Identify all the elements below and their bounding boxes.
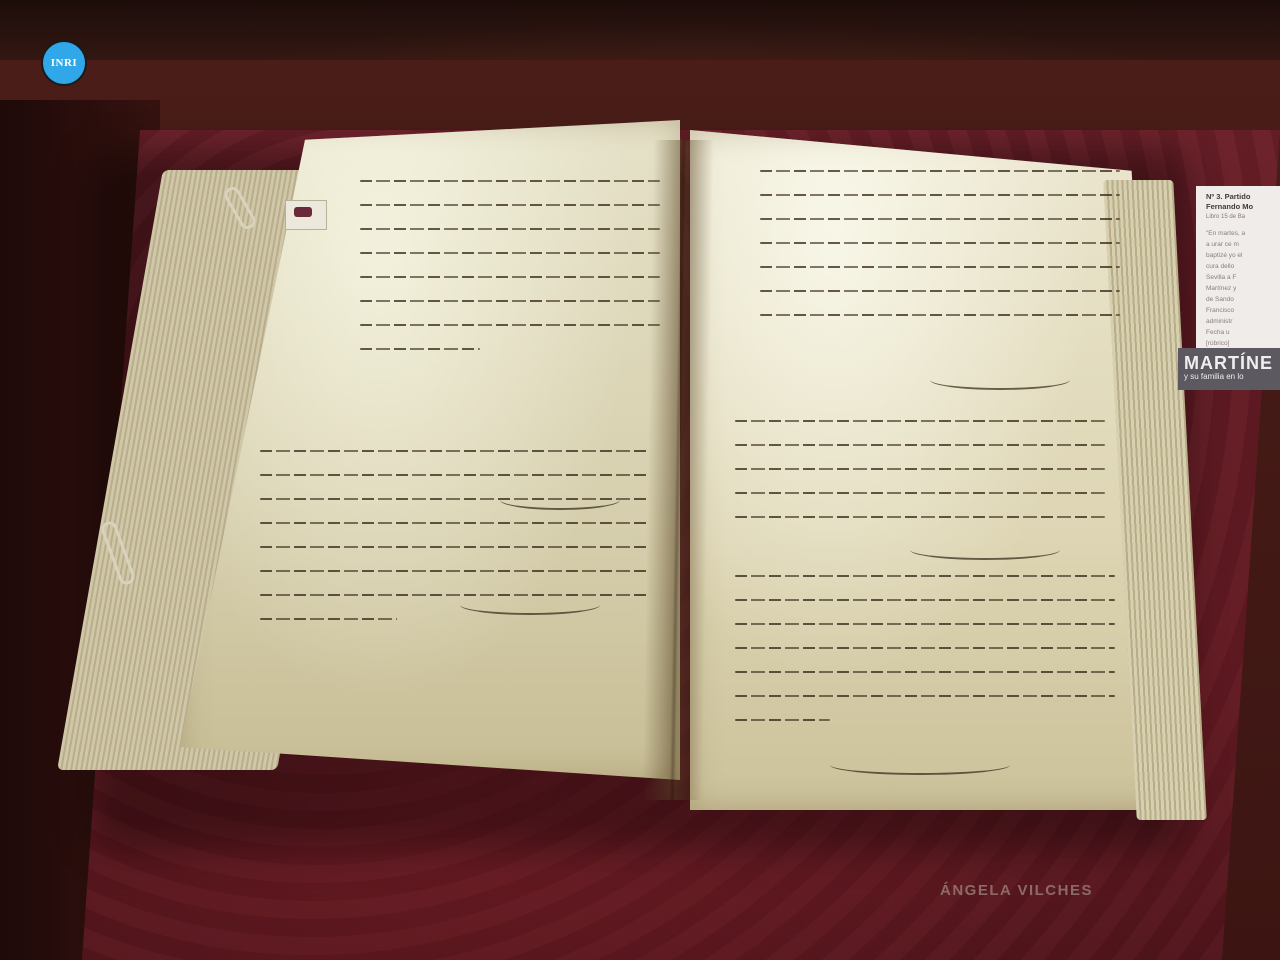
logo-text: INRI — [51, 57, 77, 69]
handwriting-block-right-2 — [735, 420, 1105, 540]
label-body-line: Fecha u — [1206, 327, 1280, 338]
label-body-line: a urar ce m — [1206, 239, 1280, 250]
handwriting-block-left-2 — [260, 450, 650, 642]
label-body-line: "En martes, a — [1206, 228, 1280, 239]
label-body-line: Martínez y — [1206, 283, 1280, 294]
label-title-line2: Fernando Mo — [1206, 202, 1280, 212]
pointing-hand-icon — [294, 207, 312, 217]
label-body-line: administr — [1206, 316, 1280, 327]
label-body-line: Sevilla a F — [1206, 272, 1280, 283]
label-body-line: Francisco — [1206, 305, 1280, 316]
exhibit-label-card: Nº 3. Partido Fernando Mo Libro 15 de Ba… — [1196, 186, 1280, 348]
photo-scene: Nº 3. Partido Fernando Mo Libro 15 de Ba… — [0, 0, 1280, 960]
photo-credit: ÁNGELA VILCHES — [940, 882, 1093, 899]
signature-left-2 — [460, 595, 600, 615]
label-body-line: baptizé yo el — [1206, 250, 1280, 261]
banner-subtitle: y su familia en lo — [1184, 372, 1280, 382]
signature-right-3 — [830, 755, 1010, 775]
handwriting-block-left-1 — [360, 180, 660, 372]
label-subtitle: Libro 15 de Ba — [1206, 212, 1280, 222]
inri-logo-icon: INRI — [41, 40, 87, 86]
banner-title: MARTÍNE — [1184, 354, 1280, 372]
handwriting-block-right-3 — [735, 575, 1115, 743]
label-body-line: de Sando — [1206, 294, 1280, 305]
label-body: "En martes, a a urar ce m baptizé yo el … — [1206, 228, 1280, 348]
label-body-line: [rúbrico] — [1206, 338, 1280, 348]
label-body-line: cura dello — [1206, 261, 1280, 272]
signature-right-1 — [930, 370, 1070, 390]
handwriting-block-right-1 — [760, 170, 1120, 338]
label-title-line1: Nº 3. Partido — [1206, 192, 1280, 202]
exhibit-banner: MARTÍNE y su familia en lo — [1178, 348, 1280, 390]
signature-right-2 — [910, 540, 1060, 560]
pointing-hand-marker — [285, 200, 327, 230]
